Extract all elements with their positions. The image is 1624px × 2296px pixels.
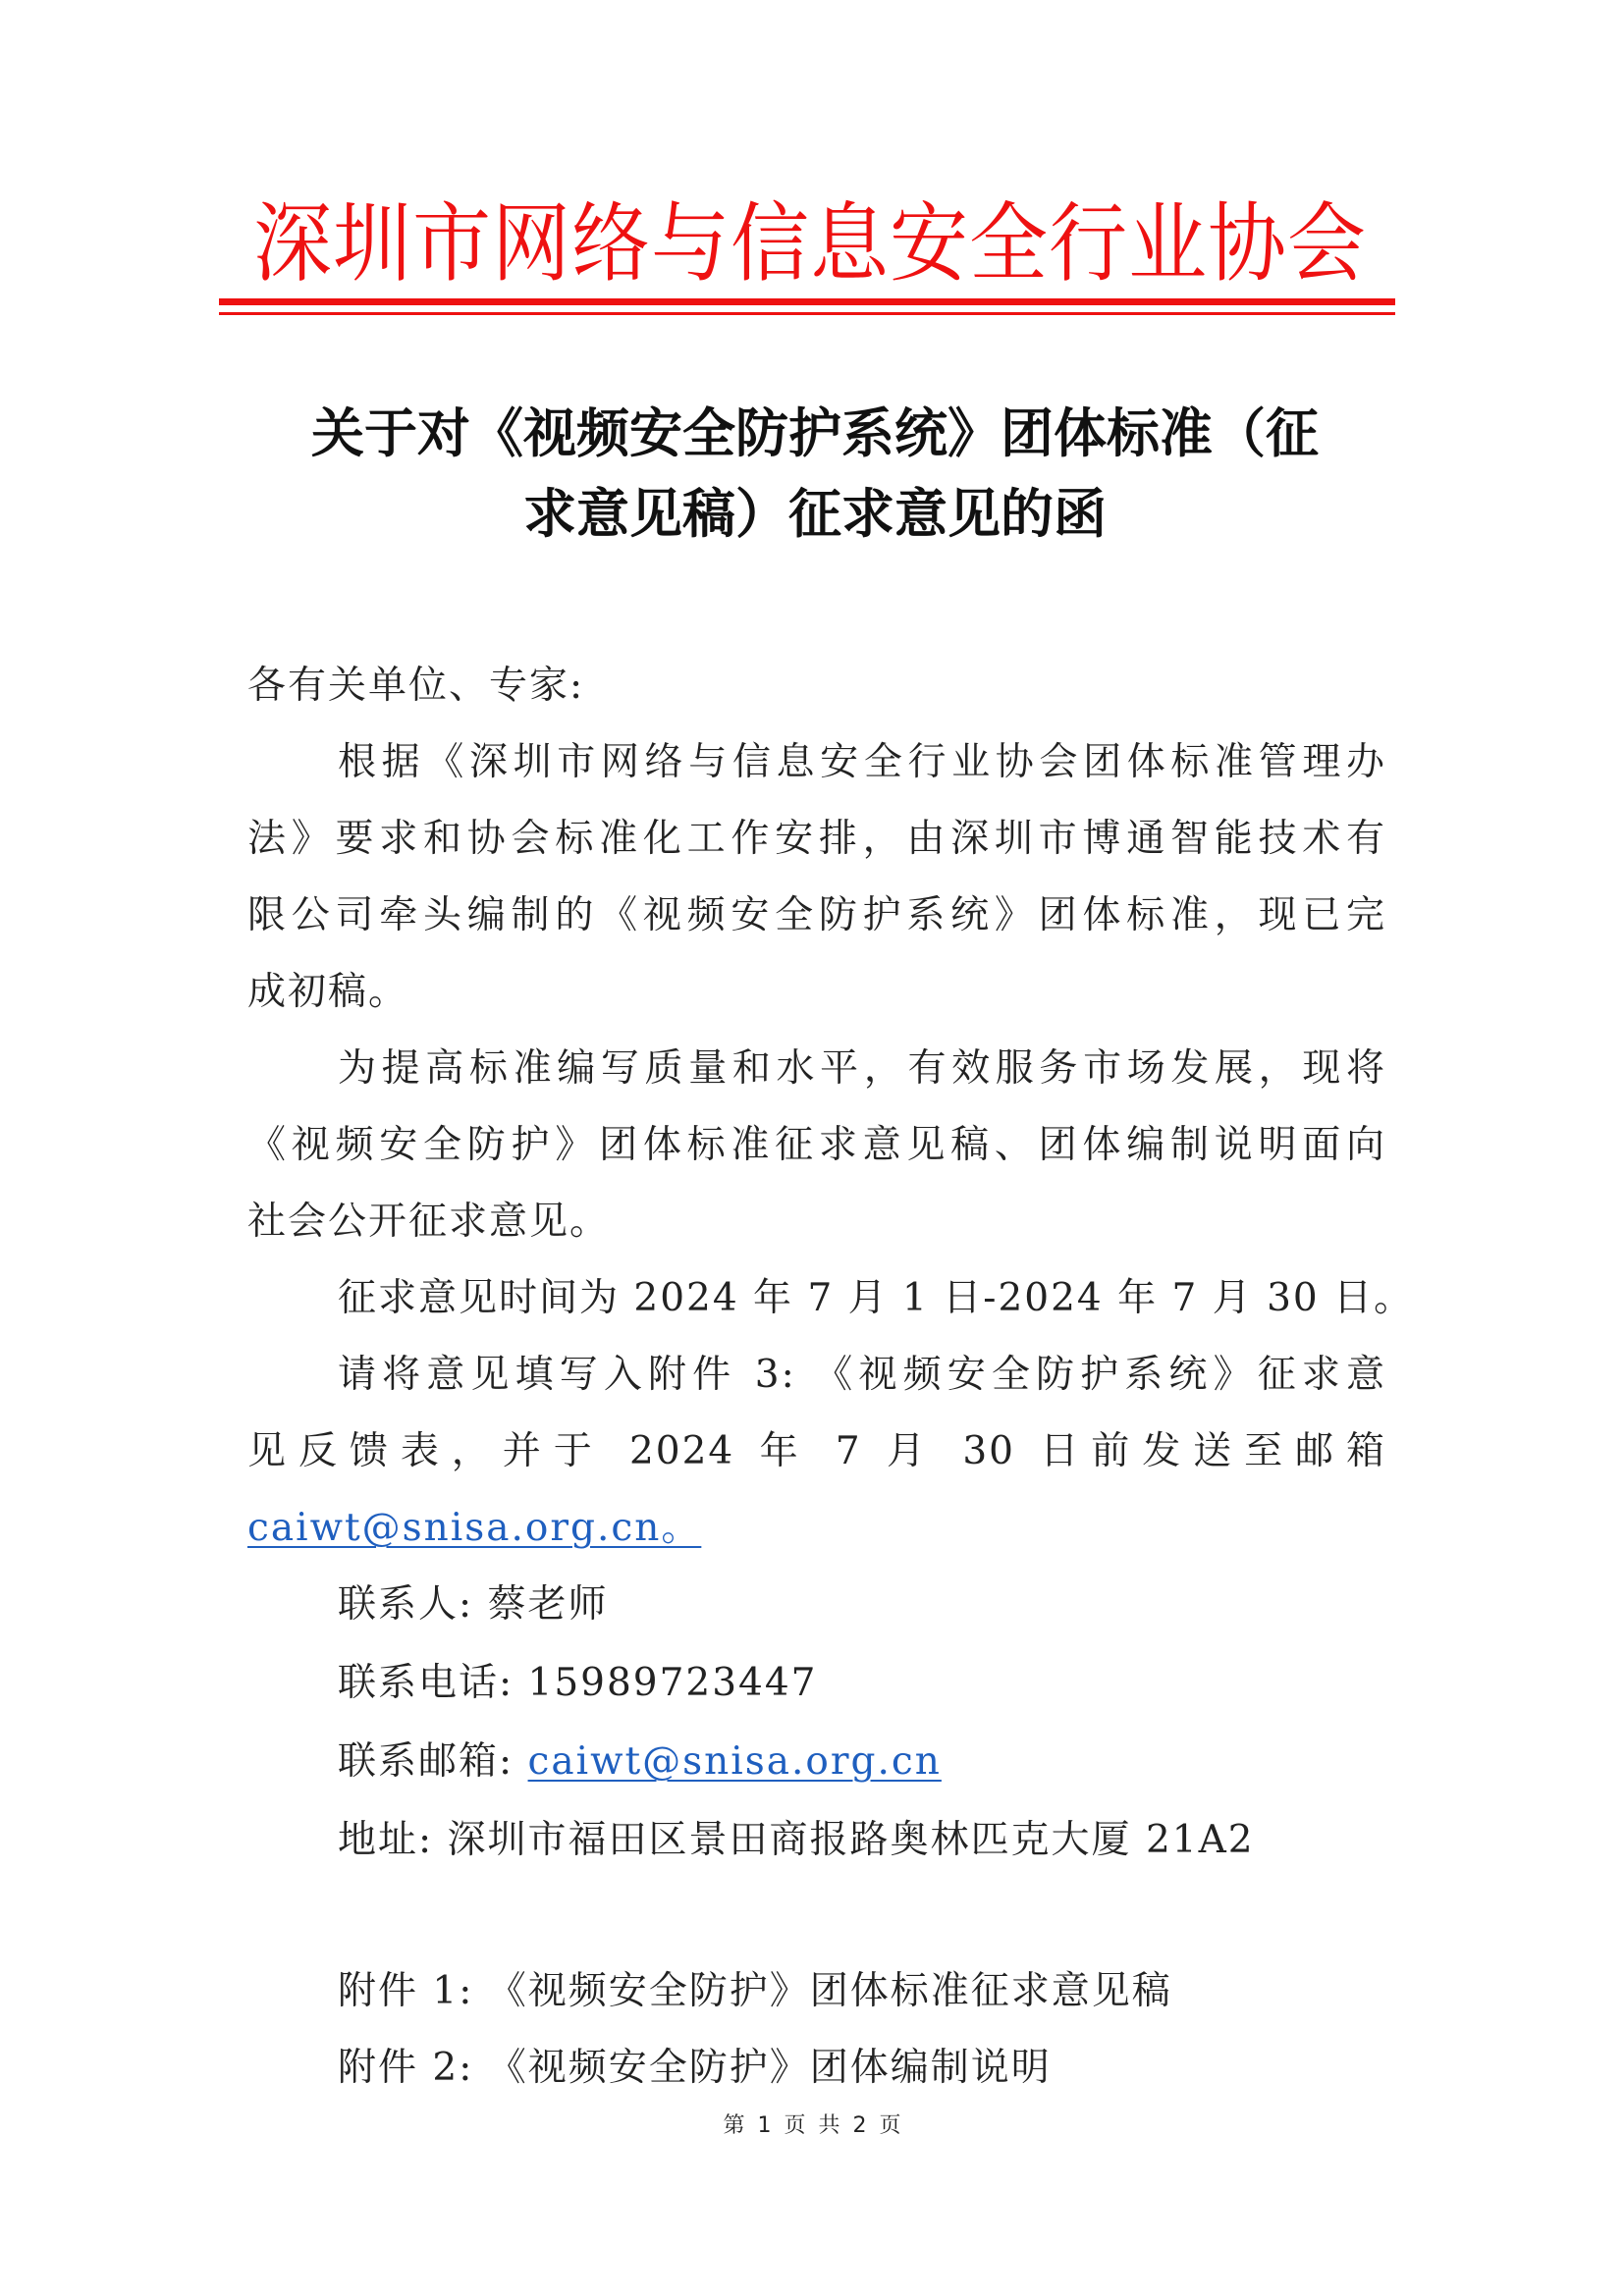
contact-address: 地址: 深圳市福田区景田商报路奥林匹克大厦 21A2 — [338, 1816, 1255, 1865]
paragraph1-line-1: 根据《深圳市网络与信息安全行业协会团体标准管理办 — [338, 738, 1386, 787]
paragraph4-email-line: caiwt@snisa.org.cn。 — [247, 1504, 701, 1553]
contact-address-value: 深圳市福田区景田商报路奥林匹克大厦 21A2 — [448, 1818, 1255, 1862]
attachment-1: 附件 1: 《视频安全防护》团体标准征求意见稿 — [338, 1967, 1172, 2016]
contact-email: 联系邮箱: caiwt@snisa.org.cn — [338, 1737, 942, 1787]
contact-person-value: 蔡老师 — [488, 1582, 609, 1627]
paragraph1-line-4: 成初稿。 — [247, 968, 408, 1017]
feedback-email-link[interactable]: caiwt@snisa.org.cn。 — [247, 1506, 701, 1550]
document-title-line-2: 求意见稿）征求意见的函 — [226, 473, 1404, 554]
attachment-2: 附件 2: 《视频安全防护》团体编制说明 — [338, 2044, 1052, 2093]
paragraph2-line-1: 为提高标准编写质量和水平，有效服务市场发展，现将 — [338, 1044, 1386, 1094]
document-title-line-1: 关于对《视频安全防护系统》团体标准（征 — [226, 393, 1404, 473]
paragraph1-line-3: 限公司牵头编制的《视频安全防护系统》团体标准，现已完 — [247, 891, 1386, 940]
contact-person: 联系人: 蔡老师 — [338, 1580, 609, 1629]
paragraph2-line-3: 社会公开征求意见。 — [247, 1198, 610, 1247]
paragraph4-line-1: 请将意见填写入附件 3: 《视频安全防护系统》征求意 — [338, 1351, 1386, 1400]
letterhead-rule-thin — [219, 312, 1395, 315]
contact-email-link[interactable]: caiwt@snisa.org.cn — [528, 1739, 942, 1784]
contact-phone-label: 联系电话: — [338, 1661, 528, 1705]
contact-person-label: 联系人: — [338, 1582, 488, 1627]
contact-phone-value: 15989723447 — [528, 1661, 818, 1705]
paragraph1-line-2: 法》要求和协会标准化工作安排，由深圳市博通智能技术有 — [247, 815, 1386, 864]
contact-phone: 联系电话: 15989723447 — [338, 1659, 818, 1708]
document-title: 关于对《视频安全防护系统》团体标准（征 求意见稿）征求意见的函 — [226, 393, 1404, 554]
document-page: 深圳市网络与信息安全行业协会 关于对《视频安全防护系统》团体标准（征 求意见稿）… — [0, 0, 1624, 2296]
contact-address-label: 地址: — [338, 1818, 448, 1862]
letterhead-rule-thick — [219, 298, 1395, 305]
paragraph3-time-period: 征求意见时间为 2024 年 7 月 1 日-2024 年 7 月 30 日。 — [338, 1274, 1414, 1323]
paragraph4-line-2: 见反馈表，并于 2024 年 7 月 30 日前发送至邮箱 — [247, 1427, 1386, 1476]
paragraph2-line-2: 《视频安全防护》团体标准征求意见稿、团体编制说明面向 — [247, 1121, 1386, 1170]
salutation: 各有关单位、专家: — [247, 662, 584, 711]
letterhead-organization: 深圳市网络与信息安全行业协会 — [218, 192, 1402, 296]
contact-email-label: 联系邮箱: — [338, 1739, 528, 1784]
page-indicator: 第 1 页 共 2 页 — [0, 2109, 1624, 2139]
